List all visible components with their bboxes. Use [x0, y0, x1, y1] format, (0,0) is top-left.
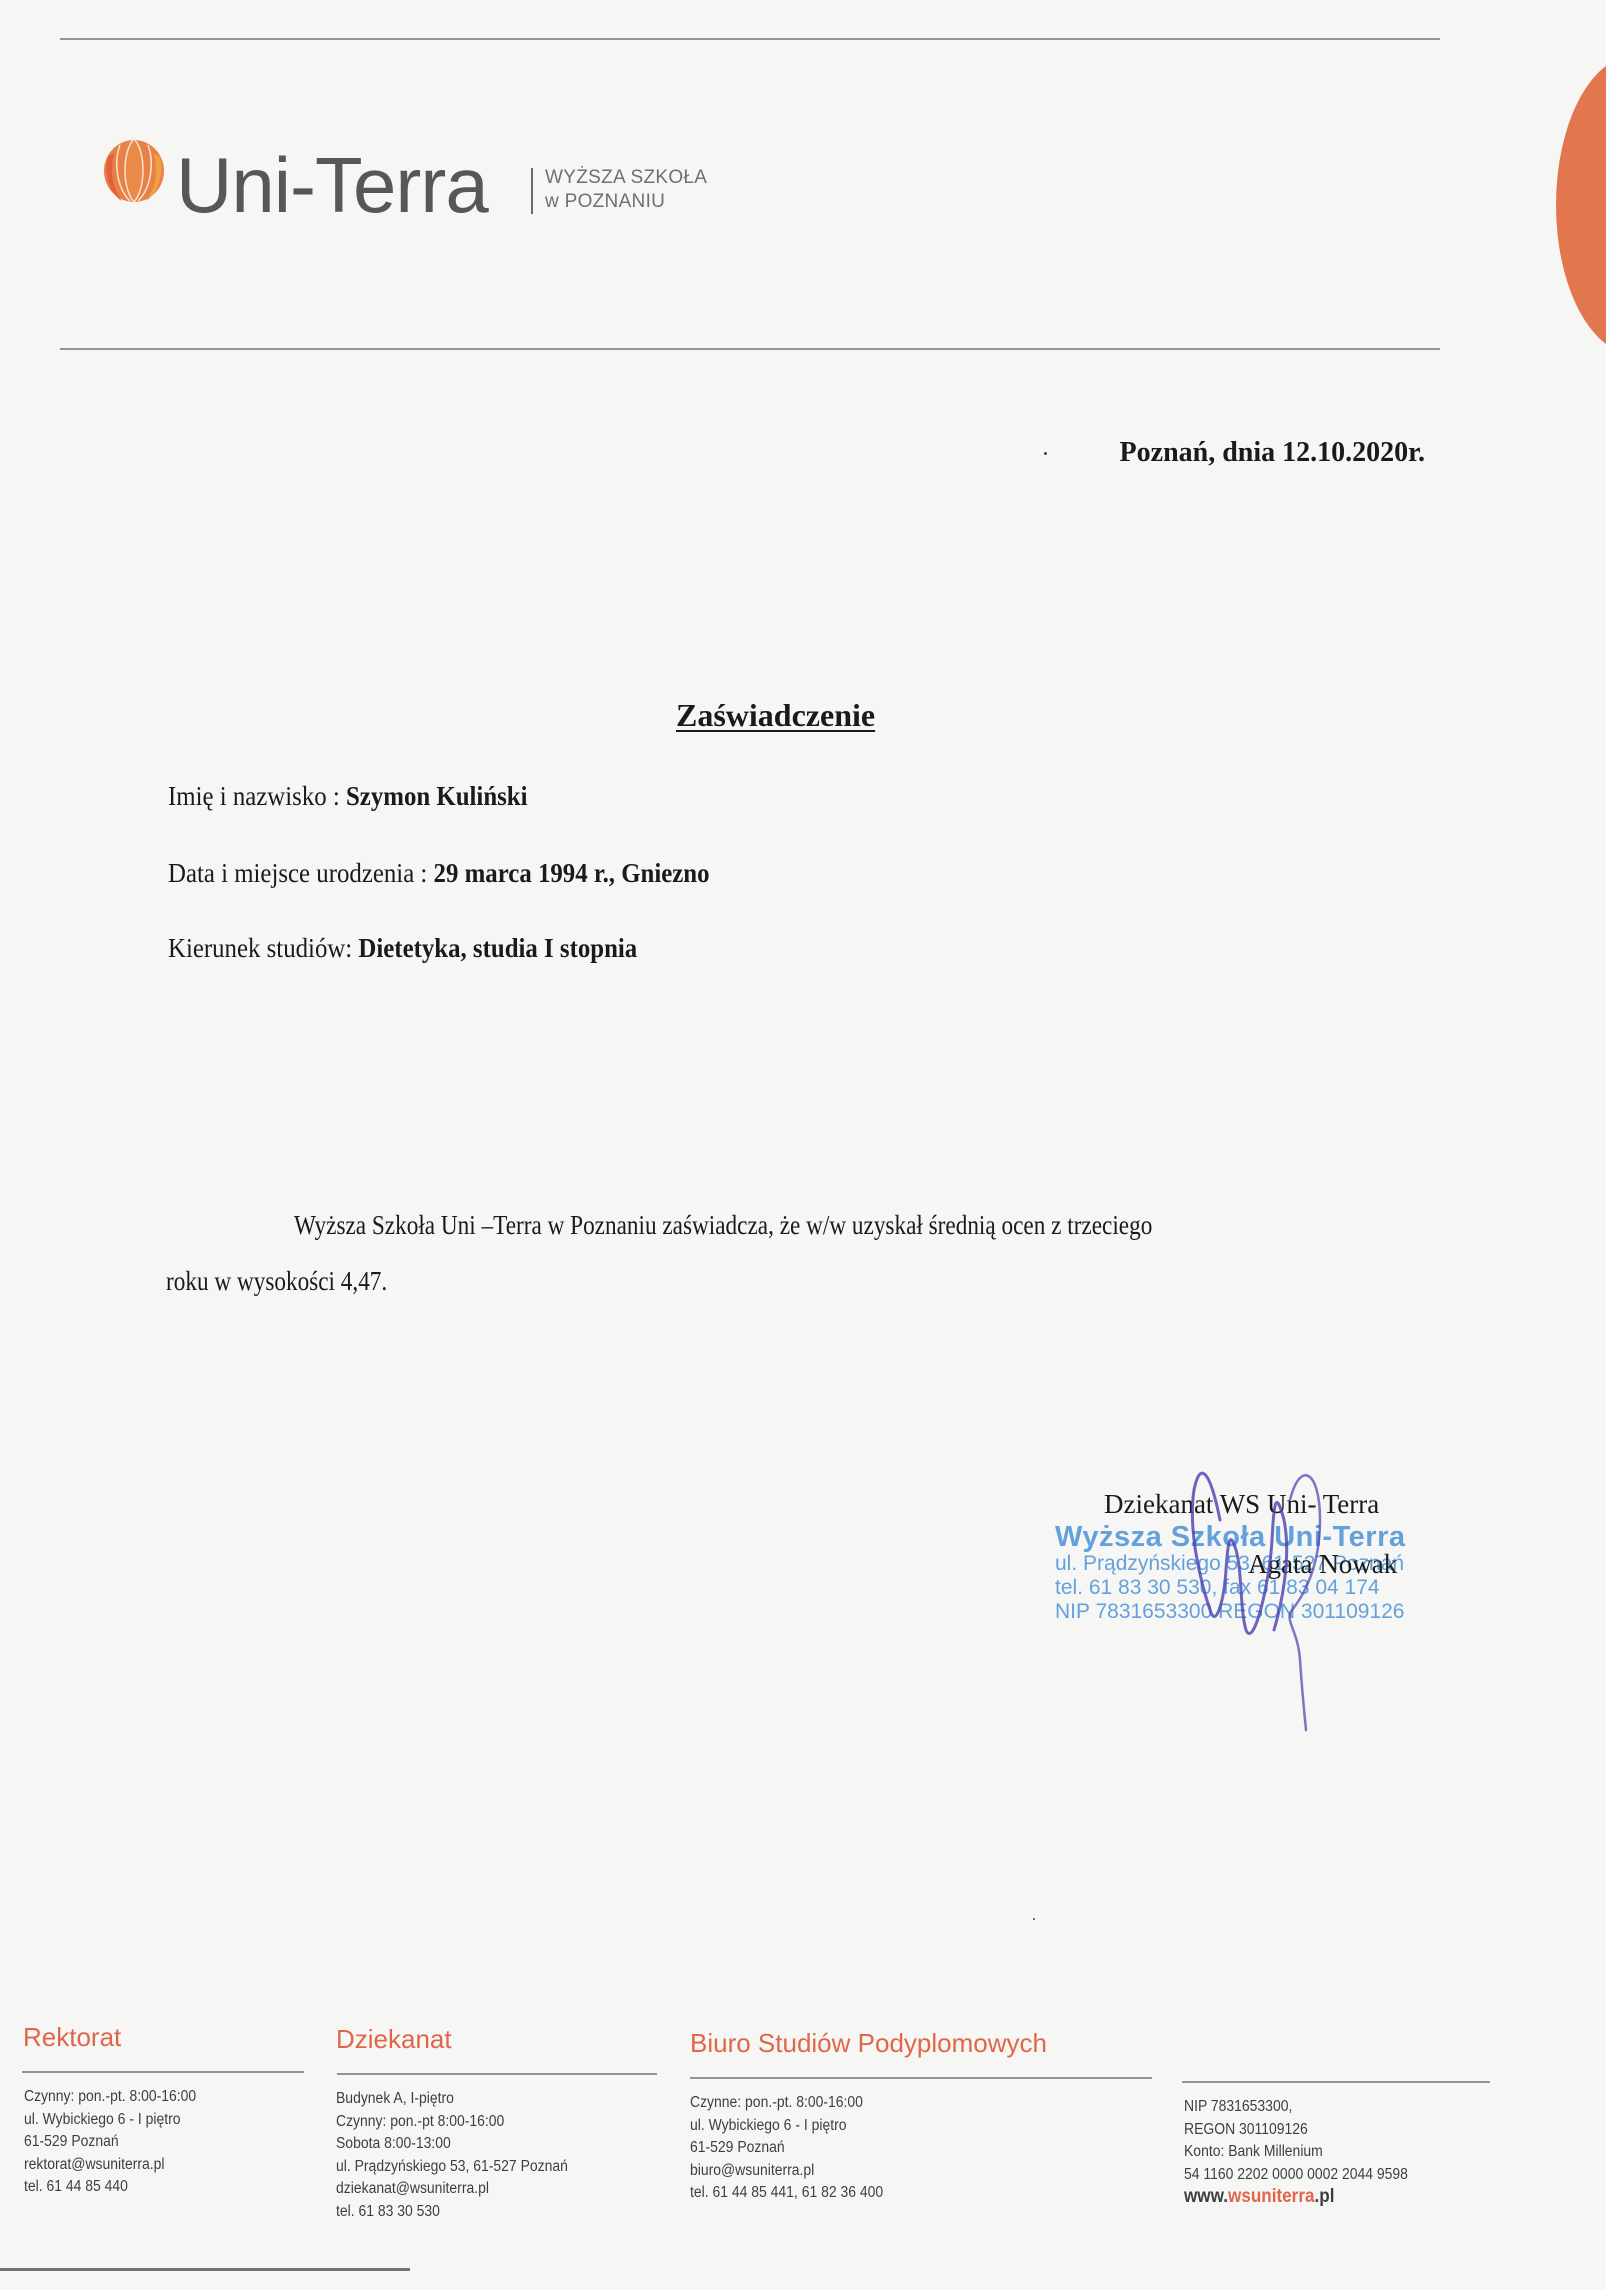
- footer-column-company: NIP 7831653300, REGON 301109126 Konto: B…: [1184, 2096, 1408, 2209]
- footer-heading-rektorat: Rektorat: [23, 2022, 121, 2052]
- logo-divider: [531, 168, 533, 214]
- footer-line: 61-529 Poznań: [24, 2131, 196, 2154]
- website-domain: wsuniterra: [1228, 2186, 1314, 2207]
- footer-line: 54 1160 2202 0000 0002 2044 9598: [1184, 2164, 1408, 2187]
- footer-line: ul. Wybickiego 6 - I piętro: [24, 2109, 196, 2132]
- body-line-2: roku w wysokości 4,47.: [166, 1265, 387, 1297]
- field-label: Imię i nazwisko :: [168, 781, 346, 811]
- orange-corner-disc: [1556, 55, 1606, 355]
- footer-column-rektorat: Czynny: pon.-pt. 8:00-16:00 ul. Wybickie…: [24, 2086, 196, 2199]
- footer-line: tel. 61 44 85 441, 61 82 36 400: [690, 2182, 883, 2205]
- field-label: Data i miejsce urodzenia :: [168, 858, 434, 888]
- body-line-1: Wyższa Szkoła Uni –Terra w Poznaniu zaśw…: [294, 1209, 1152, 1241]
- field-value: Dietetyka, studia I stopnia: [358, 933, 637, 963]
- footer-rule: [1182, 2081, 1490, 2083]
- website-prefix: www.: [1184, 2186, 1228, 2207]
- footer-line: Budynek A, I-piętro: [336, 2088, 568, 2111]
- footer-line: tel. 61 83 30 530: [336, 2201, 568, 2224]
- footer-line: Czynne: pon.-pt. 8:00-16:00: [690, 2092, 883, 2115]
- field-label: Kierunek studiów:: [168, 933, 358, 963]
- tagline-line1: WYŻSZA SZKOŁA: [545, 166, 707, 190]
- date-line: Poznań, dnia 12.10.2020r.: [1040, 436, 1425, 470]
- footer-line: Czynny: pon.-pt. 8:00-16:00: [24, 2086, 196, 2109]
- orange-tulip-icon: [100, 137, 168, 203]
- scan-speck: [1033, 1918, 1035, 1920]
- field-study: Kierunek studiów: Dietetyka, studia I st…: [168, 932, 637, 964]
- footer-line: 61-529 Poznań: [690, 2137, 883, 2160]
- top-rule: [60, 38, 1440, 40]
- footer-line: tel. 61 44 85 440: [24, 2176, 196, 2199]
- footer-email-link[interactable]: biuro@wsuniterra.pl: [690, 2160, 883, 2183]
- website-suffix: .pl: [1315, 2186, 1335, 2207]
- logo-tagline: WYŻSZA SZKOŁA w POZNANIU: [545, 166, 707, 214]
- document-title: Zaświadczenie: [676, 696, 875, 734]
- handwritten-signature-icon: [1180, 1460, 1360, 1740]
- footer-line: Konto: Bank Millenium: [1184, 2141, 1408, 2164]
- footer-rule: [337, 2073, 657, 2075]
- field-value: 29 marca 1994 r., Gniezno: [434, 858, 710, 888]
- footer-line: REGON 301109126: [1184, 2119, 1408, 2142]
- field-name: Imię i nazwisko : Szymon Kuliński: [168, 780, 528, 812]
- footer-line: ul. Wybickiego 6 - I piętro: [690, 2115, 883, 2138]
- logo-wordmark: Uni-Terra: [176, 140, 488, 230]
- field-value: Szymon Kuliński: [346, 781, 528, 811]
- footer-email-link[interactable]: rektorat@wsuniterra.pl: [24, 2154, 196, 2177]
- website-link[interactable]: www.wsuniterra.pl: [1184, 2186, 1408, 2209]
- footer-column-biuro: Czynne: pon.-pt. 8:00-16:00 ul. Wybickie…: [690, 2092, 883, 2205]
- footer-rule: [690, 2077, 1152, 2079]
- footer-rule: [22, 2071, 304, 2073]
- footer-heading-dziekanat: Dziekanat: [336, 2024, 452, 2054]
- header-bottom-rule: [60, 348, 1440, 350]
- footer-heading-biuro: Biuro Studiów Podyplomowych: [690, 2028, 1047, 2058]
- footer-column-dziekanat: Budynek A, I-piętro Czynny: pon.-pt 8:00…: [336, 2088, 568, 2223]
- footer-line: Sobota 8:00-13:00: [336, 2133, 568, 2156]
- footer-bottom-rule: [0, 2268, 410, 2271]
- field-birth: Data i miejsce urodzenia : 29 marca 1994…: [168, 857, 710, 889]
- footer-line: ul. Prądzyńskiego 53, 61-527 Poznań: [336, 2156, 568, 2179]
- footer-line: Czynny: pon.-pt 8:00-16:00: [336, 2111, 568, 2134]
- footer-email-link[interactable]: dziekanat@wsuniterra.pl: [336, 2178, 568, 2201]
- footer-line: NIP 7831653300,: [1184, 2096, 1408, 2119]
- tagline-line2: w POZNANIU: [545, 190, 707, 214]
